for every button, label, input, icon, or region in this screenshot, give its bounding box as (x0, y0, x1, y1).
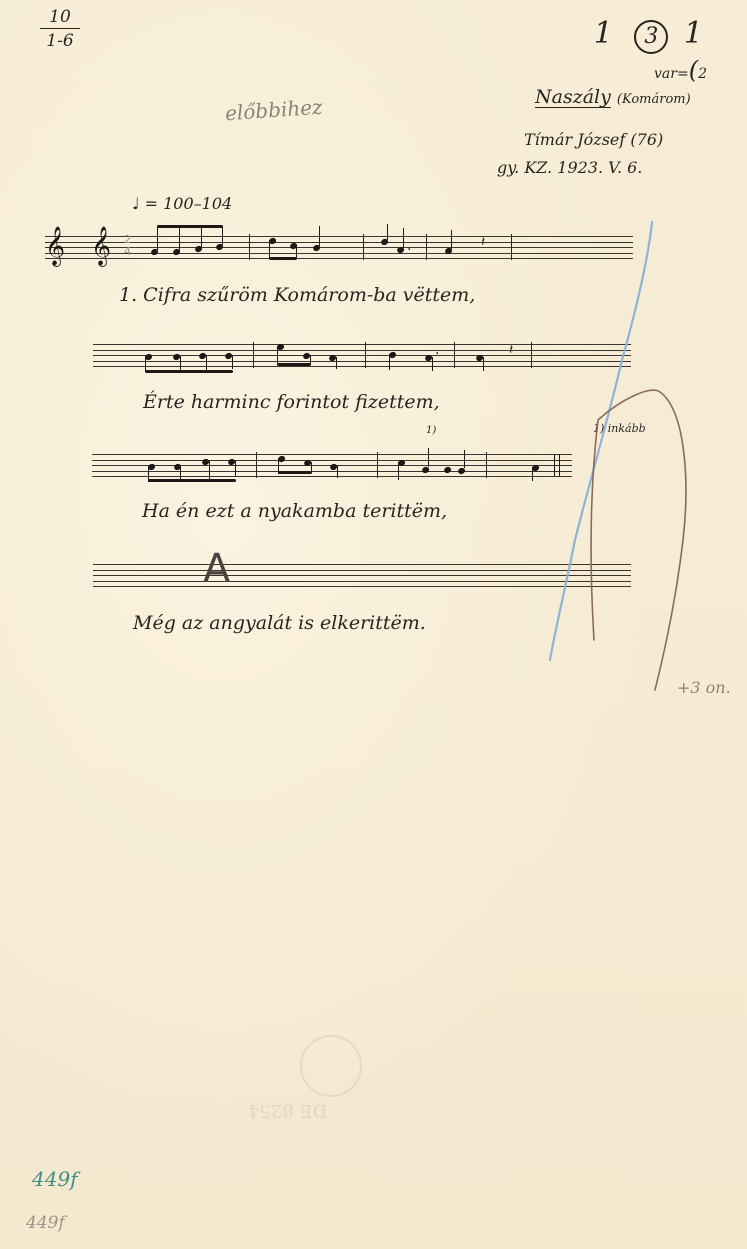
collection-info: gy. KZ. 1923. V. 6. (497, 158, 642, 177)
staff-3 (92, 454, 572, 476)
lyric-line-2: Érte harminc forintot fizettem, (143, 391, 440, 413)
rest-icon: 𝄽 (509, 342, 513, 358)
catalog-suffix: 1 (684, 16, 709, 51)
blue-pencil-line (550, 222, 652, 660)
staff-4 (93, 564, 631, 586)
brown-pencil-loop (591, 390, 686, 690)
collection-place: Naszály (Komárom) (535, 86, 691, 108)
footnote-marker: 1) (426, 425, 436, 436)
treble-clef-icon: 𝄞 (91, 226, 111, 266)
variant-note: var=(2 (654, 56, 707, 84)
final-barline (554, 454, 560, 476)
rest-icon: 𝄽 (481, 234, 485, 250)
treble-clef-icon: 𝄞 (45, 226, 65, 266)
stamp-text: DE 8254 (248, 1100, 327, 1121)
margin-note: +3 on. (677, 678, 731, 697)
place-name: Naszály (535, 86, 611, 108)
lyric-line-1: 1. Cifra szűröm Komárom-ba vëttem, (119, 284, 475, 306)
folio-number: 10 1-6 (40, 6, 80, 53)
pencil-remark: előbbihez (224, 95, 323, 126)
catalog-prefix: 1 (594, 16, 619, 51)
shelfmark-blue: 449f (32, 1167, 78, 1191)
time-signature: 24 (124, 234, 131, 258)
folio-number-top: 10 (40, 6, 80, 29)
repeat-sign: A (203, 546, 230, 592)
footnote-text: 1) inkább (593, 422, 646, 435)
lyric-line-4: Még az angyalát is elkerittëm. (133, 612, 426, 634)
manuscript-page: 10 1-6 1 3 1 var=(2 Naszály (Komárom) Tí… (0, 0, 747, 1249)
shelfmark-pencil: 449f (26, 1213, 65, 1233)
tempo-marking: ♩ = 100–104 (132, 194, 232, 213)
singer-name: Tímár József (76) (524, 130, 663, 149)
catalog-number: 1 3 1 (594, 16, 709, 54)
staff-2: . 𝄽 (93, 344, 631, 366)
folio-range: 1-6 (40, 29, 80, 53)
variant-value: 2 (698, 66, 707, 82)
staff-1: 𝄞 𝄞 24 . 𝄽 (45, 236, 633, 258)
variant-label: var= (654, 66, 689, 82)
lyric-line-3: Ha én ezt a nyakamba terittëm, (142, 500, 447, 522)
county-name: (Komárom) (617, 92, 691, 107)
catalog-circled-number: 3 (634, 20, 668, 54)
library-stamp (300, 1035, 362, 1097)
